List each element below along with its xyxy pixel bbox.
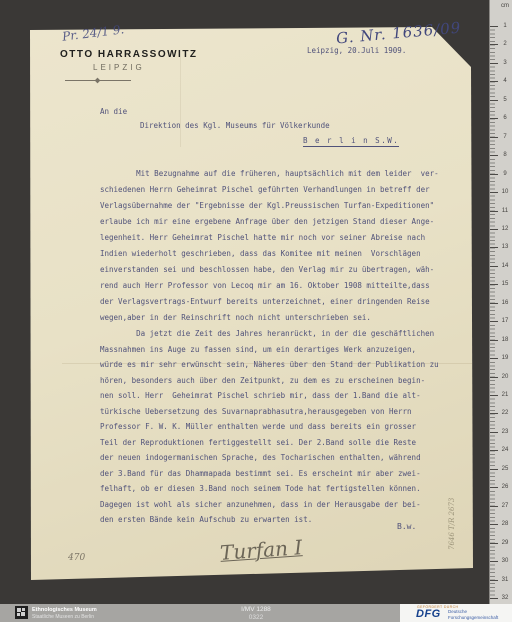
letter-line: hören, besonders auch über den Zeitpunkt…: [100, 373, 439, 389]
letterhead-rule: [65, 80, 131, 81]
ruler-cm-tick: [490, 192, 498, 193]
footer-bar: Ethnologisches Museum Staatliche Museen …: [0, 604, 512, 622]
ruler-cm-tick: [490, 395, 498, 396]
letter-line: Professor F. W. K. Müller enthalten werd…: [100, 419, 439, 435]
letter-line: Indien wiederholt geschrieben, dass das …: [100, 246, 439, 262]
ruler-cm-tick: [490, 487, 498, 488]
ruler-cm-tick: [490, 284, 498, 285]
letter-line: wegen,aber in der Reinschrift noch nicht…: [100, 310, 439, 326]
letter-line: nen soll. Herr Geheimrat Pischel schrieb…: [100, 388, 439, 404]
ruler-cm-tick: [490, 118, 498, 119]
ruler-cm-number: 26: [498, 484, 512, 490]
letter-line: Da jetzt die Zeit des Jahres heranrückt,…: [100, 326, 439, 342]
ruler-cm-number: 7: [498, 134, 512, 140]
ruler-cm-number: 2: [498, 41, 512, 47]
ruler-cm-number: 12: [498, 226, 512, 232]
ruler-cm-tick: [490, 506, 498, 507]
letter-paragraph-1: Mit Bezugnahme auf die früheren, hauptsä…: [100, 166, 439, 326]
ruler-cm-number: 9: [498, 171, 512, 177]
ruler-cm-tick: [490, 469, 498, 470]
letter-line: Mit Bezugnahme auf die früheren, hauptsä…: [100, 166, 439, 182]
recipient-institution: Direktion des Kgl. Museums für Völkerkun…: [140, 121, 330, 130]
ruler-cm-number: 32: [498, 595, 512, 601]
ruler-cm-number: 16: [498, 300, 512, 306]
letter-line: der 3.Band für das Dhammapada bestimmt s…: [100, 466, 439, 482]
ruler-cm-number: 24: [498, 447, 512, 453]
ruler-cm-number: 4: [498, 78, 512, 84]
ruler-cm-number: 17: [498, 318, 512, 324]
letter-line: einverstanden sei und beschlossen habe, …: [100, 262, 439, 278]
ruler-cm-tick: [490, 580, 498, 581]
ruler-cm-tick: [490, 377, 498, 378]
ruler-cm-number: 28: [498, 521, 512, 527]
signature-initials: B.w.: [397, 522, 416, 531]
ruler-cm-number: 20: [498, 374, 512, 380]
letter-line: Teil der Reproduktionen fertiggestellt s…: [100, 435, 439, 451]
dfg-logo: DFG: [416, 608, 441, 620]
letterhead-company: OTTO HARRASSOWITZ: [60, 49, 198, 60]
ruler-cm-number: 11: [498, 208, 512, 214]
ruler-cm-number: 8: [498, 152, 512, 158]
ruler-cm-number: 10: [498, 189, 512, 195]
recipient-salutation: An die: [100, 107, 127, 116]
ruler-cm-number: 21: [498, 392, 512, 398]
ruler-fine-ticks: [490, 26, 495, 598]
ruler-cm-tick: [490, 340, 498, 341]
ruler-cm-number: 31: [498, 577, 512, 583]
letter-line: Massnahmen ins Auge zu fassen sind, um e…: [100, 342, 439, 358]
ruler-cm-number: 13: [498, 244, 512, 250]
ruler-cm-tick: [490, 561, 498, 562]
letter-line: rend auch Herr Professor von Lecoq mir a…: [100, 278, 439, 294]
letter-line: würde es mir sehr erwünscht sein, Nähere…: [100, 357, 439, 373]
letter-line: felhaft, ob er diesen 3.Band noch seinem…: [100, 481, 439, 497]
letter-line: erlaube ich mir eine ergebene Anfrage üb…: [100, 214, 439, 230]
letterhead-city: LEIPZIG: [93, 63, 145, 72]
ruler-cm-tick: [490, 303, 498, 304]
dfg-name-line1: Deutsche: [448, 609, 467, 614]
ruler-cm-number: 30: [498, 558, 512, 564]
ruler-cm-tick: [490, 155, 498, 156]
letter-line: Dagegen ist wohl als sicher anzunehmen, …: [100, 497, 439, 513]
ruler-cm-tick: [490, 524, 498, 525]
ruler-unit-label: cm: [498, 3, 512, 9]
ruler-cm-number: 1: [498, 23, 512, 29]
ruler-cm-tick: [490, 450, 498, 451]
ruler-cm-tick: [490, 100, 498, 101]
letter-line: Verlagsübernahme der "Ergebnisse der Kgl…: [100, 198, 439, 214]
letter-line: schiedenen Herrn Geheimrat Pischel gefüh…: [100, 182, 439, 198]
ruler-cm-tick: [490, 174, 498, 175]
ruler-cm-tick: [490, 26, 498, 27]
ruler-cm-tick: [490, 321, 498, 322]
ruler-cm-tick: [490, 229, 498, 230]
ruler-cm-number: 22: [498, 410, 512, 416]
ruler-cm-number: 5: [498, 97, 512, 103]
ruler-cm-number: 19: [498, 355, 512, 361]
pencil-page-number: 470: [68, 553, 85, 563]
ruler-cm-tick: [490, 44, 498, 45]
ruler-cm-tick: [490, 247, 498, 248]
ruler-cm-number: 15: [498, 281, 512, 287]
ruler-cm-number: 14: [498, 263, 512, 269]
pencil-edge-note: 7646 T/R 2673: [448, 430, 456, 550]
letter-line: der Verlagsvertrags-Entwurf bereits unte…: [100, 294, 439, 310]
paper-crease: [180, 57, 181, 147]
ruler-cm-number: 25: [498, 466, 512, 472]
ruler-cm-number: 27: [498, 503, 512, 509]
ruler-cm-tick: [490, 63, 498, 64]
dfg-name-line2: Forschungsgemeinschaft: [448, 615, 498, 620]
letter-line: der neuen indogermanischen Sprache, des …: [100, 450, 439, 466]
ruler-cm-tick: [490, 81, 498, 82]
ruler-cm-tick: [490, 211, 498, 212]
letter-line: legenheit. Herr Geheimrat Pischel hatte …: [100, 230, 439, 246]
ruler-cm-tick: [490, 413, 498, 414]
ruler-cm-number: 23: [498, 429, 512, 435]
dateline: Leipzig, 20.Juli 1909.: [307, 46, 406, 55]
ruler-cm-tick: [490, 432, 498, 433]
ruler-cm-number: 3: [498, 60, 512, 66]
ruler-cm-tick: [490, 266, 498, 267]
letter-paragraph-2: Da jetzt die Zeit des Jahres heranrückt,…: [100, 326, 439, 528]
ruler-cm-tick: [490, 137, 498, 138]
measuring-ruler: cm 1234567891011121314151617181920212223…: [489, 0, 512, 604]
ruler-cm-number: 18: [498, 337, 512, 343]
archive-scan-view: Pr. 24/1 9. G. Nr. 1636/09 OTTO HARRASSO…: [0, 0, 512, 622]
ruler-cm-number: 29: [498, 540, 512, 546]
letter-line: den ersten Bände kein Aufschub zu erwart…: [100, 512, 439, 528]
ruler-cm-tick: [490, 543, 498, 544]
ruler-cm-tick: [490, 358, 498, 359]
recipient-city: B e r l i n S.W.: [303, 136, 399, 147]
letter-line: türkische Uebersetzung des Suvarnaprabha…: [100, 404, 439, 420]
ruler-cm-tick: [490, 598, 498, 599]
ruler-cm-number: 6: [498, 115, 512, 121]
